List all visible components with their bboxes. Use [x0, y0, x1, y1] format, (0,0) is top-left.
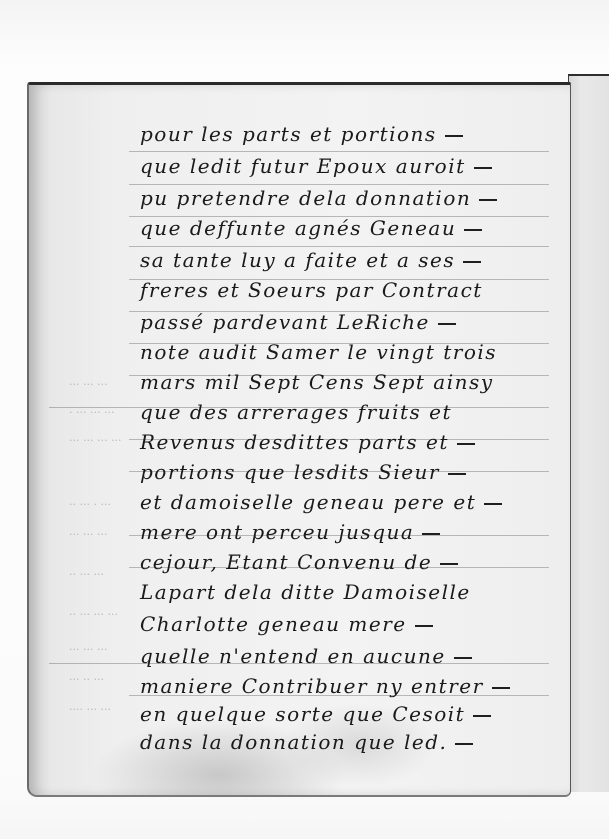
- bleed-through-text: ... ... ... ..: [69, 605, 118, 618]
- line-text: sa tante luy a faite et a ses: [140, 248, 455, 272]
- manuscript-line-14: mere ont perceu jusqua: [140, 522, 440, 542]
- manuscript-line-19: maniere Contribuer ny entrer: [140, 676, 510, 696]
- line-text: et damoiselle geneau pere et: [140, 490, 476, 514]
- line-text: pu pretendre dela donnation: [140, 186, 471, 210]
- scanned-document: ... ... ... ... ... ... . ... ... ... ..…: [0, 0, 609, 839]
- bleed-through-text: ... . ... ..: [69, 495, 111, 508]
- line-text: que deffunte agnés Geneau: [140, 216, 456, 240]
- manuscript-line-20: en quelque sorte que Cesoit: [140, 704, 491, 724]
- line-filler-dash: [440, 563, 458, 565]
- ruled-line: [129, 246, 549, 247]
- line-text: que des arrerages fruits et: [140, 400, 452, 424]
- line-filler-dash: [464, 229, 482, 231]
- manuscript-line-15: cejour, Etant Convenu de: [140, 552, 458, 572]
- line-text: mere ont perceu jusqua: [140, 520, 414, 544]
- bleed-through-text: ... ... ...: [69, 375, 107, 388]
- line-text: passé pardevant LeRiche: [140, 310, 430, 334]
- ruled-line: [129, 151, 549, 152]
- line-text: Revenus desdittes parts et: [140, 430, 449, 454]
- line-filler-dash: [448, 473, 466, 475]
- line-text: pour les parts et portions: [140, 122, 437, 146]
- line-text: Lapart dela ditte Damoiselle: [140, 580, 471, 604]
- line-text: quelle n'entend en aucune: [140, 644, 446, 668]
- line-text: freres et Soeurs par Contract: [140, 278, 483, 302]
- line-filler-dash: [457, 443, 475, 445]
- ruled-line: [129, 184, 549, 185]
- manuscript-line-4: que deffunte agnés Geneau: [140, 218, 482, 238]
- manuscript-line-13: et damoiselle geneau pere et: [140, 492, 502, 512]
- line-filler-dash: [422, 533, 440, 535]
- bleed-through-text: ... ... ..: [69, 565, 104, 578]
- line-filler-dash: [445, 135, 463, 137]
- manuscript-line-1: pour les parts et portions: [140, 124, 463, 144]
- line-filler-dash: [484, 503, 502, 505]
- manuscript-line-11: Revenus desdittes parts et: [140, 432, 475, 452]
- manuscript-line-8: note audit Samer le vingt trois: [140, 342, 497, 362]
- bleed-through-text: ... ... ...: [69, 640, 107, 653]
- manuscript-line-21: dans la donnation que led.: [140, 732, 473, 752]
- line-filler-dash: [438, 323, 456, 325]
- line-text: cejour, Etant Convenu de: [140, 550, 432, 574]
- manuscript-line-18: quelle n'entend en aucune: [140, 646, 472, 666]
- line-filler-dash: [415, 625, 433, 627]
- bleed-through-text: ... ... ... ...: [69, 431, 121, 444]
- line-text: dans la donnation que led.: [140, 730, 447, 754]
- manuscript-line-7: passé pardevant LeRiche: [140, 312, 456, 332]
- bleed-through-text: ... ... ....: [69, 700, 111, 713]
- line-filler-dash: [474, 167, 492, 169]
- bleed-through-text: ... ... ...: [69, 525, 107, 538]
- line-filler-dash: [473, 715, 491, 717]
- manuscript-line-9: mars mil Sept Cens Sept ainsy: [140, 372, 494, 392]
- manuscript-line-3: pu pretendre dela donnation: [140, 188, 497, 208]
- bleed-through-text: ... .. ...: [69, 670, 104, 683]
- manuscript-line-17: Charlotte geneau mere: [140, 614, 433, 634]
- manuscript-line-16: Lapart dela ditte Damoiselle: [140, 582, 471, 602]
- line-filler-dash: [454, 657, 472, 659]
- line-text: en quelque sorte que Cesoit: [140, 702, 465, 726]
- manuscript-line-12: portions que lesdits Sieur: [140, 462, 466, 482]
- line-text: portions que lesdits Sieur: [140, 460, 440, 484]
- manuscript-line-10: que des arrerages fruits et: [140, 402, 452, 422]
- line-text: Charlotte geneau mere: [140, 612, 407, 636]
- bleed-through-text: ... ... ... .: [69, 403, 114, 416]
- line-filler-dash: [479, 199, 497, 201]
- line-filler-dash: [463, 261, 481, 263]
- manuscript-line-5: sa tante luy a faite et a ses: [140, 250, 481, 270]
- line-text: maniere Contribuer ny entrer: [140, 674, 484, 698]
- line-filler-dash: [492, 687, 510, 689]
- adjacent-page-edge: [568, 74, 609, 792]
- line-text: mars mil Sept Cens Sept ainsy: [140, 370, 494, 394]
- line-filler-dash: [455, 743, 473, 745]
- line-text: note audit Samer le vingt trois: [140, 340, 497, 364]
- manuscript-line-2: que ledit futur Epoux auroit: [140, 156, 492, 176]
- line-text: que ledit futur Epoux auroit: [140, 154, 466, 178]
- manuscript-line-6: freres et Soeurs par Contract: [140, 280, 483, 300]
